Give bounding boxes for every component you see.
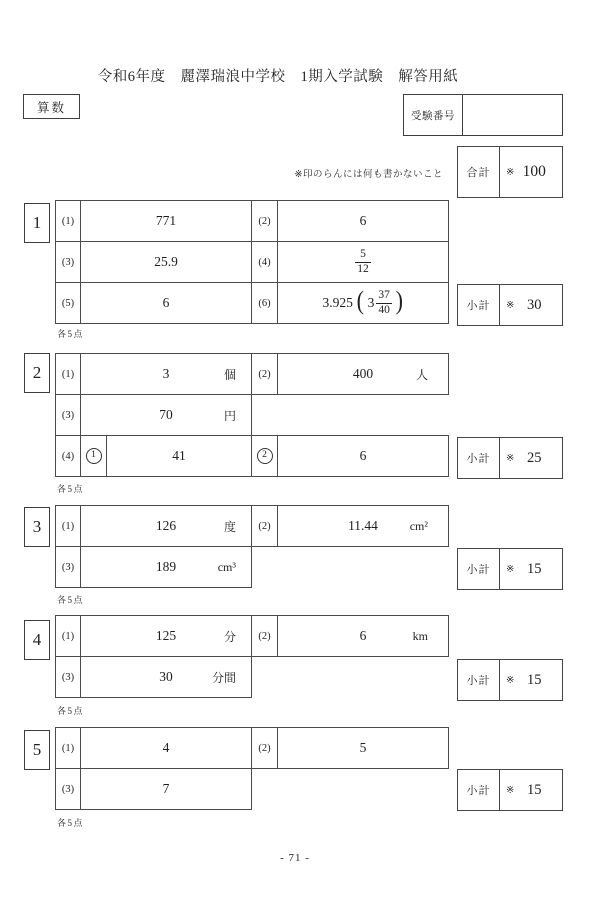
answer-cell: 70 円 <box>80 394 252 436</box>
section-number-label: 5 <box>33 740 42 760</box>
answer-cell: 400 人 <box>277 353 449 395</box>
subtotal-label: 小計 <box>458 549 500 589</box>
total-label: 合計 <box>458 147 500 197</box>
page-title: 令和6年度 麗澤瑞浪中学校 1期入学試験 解答用紙 <box>0 69 556 86</box>
answer-label: (3) <box>55 546 81 588</box>
section-5-number: 5 <box>24 730 50 770</box>
section-2-subtotal-box: 小計 ※ 25 <box>457 437 563 479</box>
answer-label: (4) <box>55 435 81 477</box>
subtotal-value-cell: ※ 15 <box>500 549 562 589</box>
answer-value: 6 <box>360 628 367 644</box>
reference-mark: ※ <box>506 785 514 796</box>
section-4-number: 4 <box>24 620 50 660</box>
subtotal-label: 小計 <box>458 770 500 810</box>
answer-label: (3) <box>55 241 81 283</box>
answer-value: 3 <box>163 366 170 382</box>
answer-cell: 771 <box>80 200 252 242</box>
answer-label: (1) <box>55 353 81 395</box>
close-paren: ) <box>395 288 402 314</box>
answer-label: (3) <box>55 394 81 436</box>
answer-cell: 126 度 <box>80 505 252 547</box>
unit-label: 円 <box>224 407 236 424</box>
answer-row: (1) 771 (2) 6 <box>55 200 449 242</box>
answer-label: (2) <box>251 505 278 547</box>
answer-expression: 3.925 ( 3 37 40 ) <box>323 289 404 316</box>
answer-cell: 6 <box>80 282 252 324</box>
section-2-answer-table: (1) 3 個 (2) 400 人 (3) 70 円 (4) 1 41 <box>55 353 449 477</box>
answer-cell: 4 <box>80 727 252 769</box>
page-number: - 71 - <box>0 852 590 864</box>
answer-row: (1) 125 分 (2) 6 km <box>55 615 449 657</box>
answer-row: (1) 4 (2) 5 <box>55 727 449 769</box>
answer-cell: 25.9 <box>80 241 252 283</box>
subtotal-value-cell: ※ 25 <box>500 438 562 478</box>
answer-cell: 125 分 <box>80 615 252 657</box>
section-1-subtotal-box: 小計 ※ 30 <box>457 284 563 326</box>
answer-label: (2) <box>251 615 278 657</box>
answer-label: (1) <box>55 505 81 547</box>
exam-number-box: 受験番号 <box>403 94 563 136</box>
subtotal-value-cell: ※ 15 <box>500 660 562 700</box>
subtotal-value-cell: ※ 15 <box>500 770 562 810</box>
answer-value: 5 <box>360 740 367 756</box>
answer-label: (2) <box>251 200 278 242</box>
whole-number: 3 <box>368 295 375 311</box>
answer-cell: 5 12 <box>277 241 449 283</box>
answer-cell: 6 km <box>277 615 449 657</box>
section-3-number: 3 <box>24 507 50 547</box>
subject-label: 算数 <box>37 98 66 116</box>
answer-label: (5) <box>55 282 81 324</box>
section-3-points-note: 各5点 <box>57 593 84 606</box>
section-4-answer-table: (1) 125 分 (2) 6 km (3) 30 分間 <box>55 615 449 698</box>
section-5-subtotal-box: 小計 ※ 15 <box>457 769 563 811</box>
sub-answer-label: 1 <box>80 435 107 477</box>
answer-row: (1) 3 個 (2) 400 人 <box>55 353 449 395</box>
answer-value: 125 <box>156 628 176 644</box>
section-4-subtotal-box: 小計 ※ 15 <box>457 659 563 701</box>
answer-row: (3) 70 円 <box>55 394 449 436</box>
fraction-denominator: 40 <box>376 303 392 317</box>
unit-label: km <box>413 629 428 644</box>
answer-cell: 7 <box>80 768 252 810</box>
section-3-subtotal-box: 小計 ※ 15 <box>457 548 563 590</box>
answer-cell: 6 <box>277 200 449 242</box>
subtotal-value: 25 <box>514 450 562 467</box>
unit-label: cm² <box>410 519 428 534</box>
reference-mark: ※ <box>506 300 514 311</box>
fraction-value: 37 40 <box>376 289 392 316</box>
answer-row: (3) 7 <box>55 768 449 810</box>
section-number-label: 2 <box>33 363 42 383</box>
answer-value: 400 <box>353 366 373 382</box>
section-number-label: 4 <box>33 630 42 650</box>
answer-value: 41 <box>172 448 186 464</box>
subtotal-value: 15 <box>514 782 562 799</box>
answer-value: 126 <box>156 518 176 534</box>
mixed-number: 3 37 40 <box>368 289 392 316</box>
answer-value: 30 <box>159 669 173 685</box>
section-number-label: 1 <box>33 213 42 233</box>
section-4-points-note: 各5点 <box>57 704 84 717</box>
total-value-cell: ※ 100 <box>500 147 562 197</box>
answer-label: (3) <box>55 656 81 698</box>
answer-value: 4 <box>163 740 170 756</box>
subtotal-value-cell: ※ 30 <box>500 285 562 325</box>
answer-sheet-page: 令和6年度 麗澤瑞浪中学校 1期入学試験 解答用紙 算数 受験番号 ※印のらんに… <box>0 0 600 900</box>
subtotal-value: 30 <box>514 297 562 314</box>
answer-value: 25.9 <box>154 254 178 270</box>
section-2-points-note: 各5点 <box>57 482 84 495</box>
section-1-answer-table: (1) 771 (2) 6 (3) 25.9 (4) 5 12 (5) 6 (6… <box>55 200 449 324</box>
fraction-denominator: 12 <box>355 262 371 276</box>
answer-value: 6 <box>360 448 367 464</box>
no-write-note: ※印のらんには何も書かないこと <box>295 166 443 180</box>
reference-mark: ※ <box>506 564 514 575</box>
answer-cell: 41 <box>106 435 252 477</box>
subtotal-label: 小計 <box>458 660 500 700</box>
subtotal-value: 15 <box>514 561 562 578</box>
section-2-number: 2 <box>24 353 50 393</box>
answer-cell: 3 個 <box>80 353 252 395</box>
section-1-number: 1 <box>24 203 50 243</box>
answer-row: (4) 1 41 2 6 <box>55 435 449 477</box>
answer-label: (2) <box>251 353 278 395</box>
subject-box: 算数 <box>23 94 80 119</box>
answer-value: 771 <box>156 213 176 229</box>
circled-digit: 1 <box>86 448 102 464</box>
answer-label: (6) <box>251 282 278 324</box>
section-number-label: 3 <box>33 517 42 537</box>
answer-row: (3) 25.9 (4) 5 12 <box>55 241 449 283</box>
answer-value: 70 <box>159 407 173 423</box>
answer-row: (3) 30 分間 <box>55 656 449 698</box>
answer-cell: 5 <box>277 727 449 769</box>
open-paren: ( <box>357 288 364 314</box>
answer-value: 7 <box>163 781 170 797</box>
answer-row: (1) 126 度 (2) 11.44 cm² <box>55 505 449 547</box>
answer-cell: 11.44 cm² <box>277 505 449 547</box>
reference-mark: ※ <box>506 167 514 178</box>
answer-cell: 6 <box>277 435 449 477</box>
answer-value: 6 <box>360 213 367 229</box>
fraction-numerator: 37 <box>376 289 392 302</box>
fraction-value: 5 12 <box>355 248 371 275</box>
answer-row: (5) 6 (6) 3.925 ( 3 37 40 ) <box>55 282 449 324</box>
answer-label: (2) <box>251 727 278 769</box>
exam-number-label: 受験番号 <box>404 95 463 135</box>
exam-number-field <box>463 95 562 135</box>
unit-label: 個 <box>224 366 236 383</box>
reference-mark: ※ <box>506 453 514 464</box>
unit-label: cm³ <box>218 560 236 575</box>
answer-value: 3.925 <box>323 295 353 311</box>
sub-answer-label: 2 <box>251 435 278 477</box>
answer-value: 6 <box>163 295 170 311</box>
answer-cell: 3.925 ( 3 37 40 ) <box>277 282 449 324</box>
section-1-points-note: 各5点 <box>57 327 84 340</box>
section-5-points-note: 各5点 <box>57 816 84 829</box>
fraction-numerator: 5 <box>358 248 368 261</box>
answer-cell: 189 cm³ <box>80 546 252 588</box>
answer-row: (3) 189 cm³ <box>55 546 449 588</box>
answer-label: (1) <box>55 727 81 769</box>
section-3-answer-table: (1) 126 度 (2) 11.44 cm² (3) 189 cm³ <box>55 505 449 588</box>
unit-label: 度 <box>224 518 236 535</box>
reference-mark: ※ <box>506 675 514 686</box>
circled-digit: 2 <box>257 448 273 464</box>
unit-label: 分間 <box>212 669 236 686</box>
subtotal-label: 小計 <box>458 285 500 325</box>
answer-label: (4) <box>251 241 278 283</box>
unit-label: 分 <box>224 628 236 645</box>
unit-label: 人 <box>416 366 428 383</box>
answer-label: (1) <box>55 615 81 657</box>
total-value: 100 <box>514 163 562 181</box>
section-5-answer-table: (1) 4 (2) 5 (3) 7 <box>55 727 449 810</box>
answer-label: (1) <box>55 200 81 242</box>
total-box: 合計 ※ 100 <box>457 146 563 198</box>
answer-label: (3) <box>55 768 81 810</box>
answer-cell: 30 分間 <box>80 656 252 698</box>
subtotal-value: 15 <box>514 672 562 689</box>
answer-value: 189 <box>156 559 176 575</box>
answer-value: 11.44 <box>348 518 378 534</box>
subtotal-label: 小計 <box>458 438 500 478</box>
